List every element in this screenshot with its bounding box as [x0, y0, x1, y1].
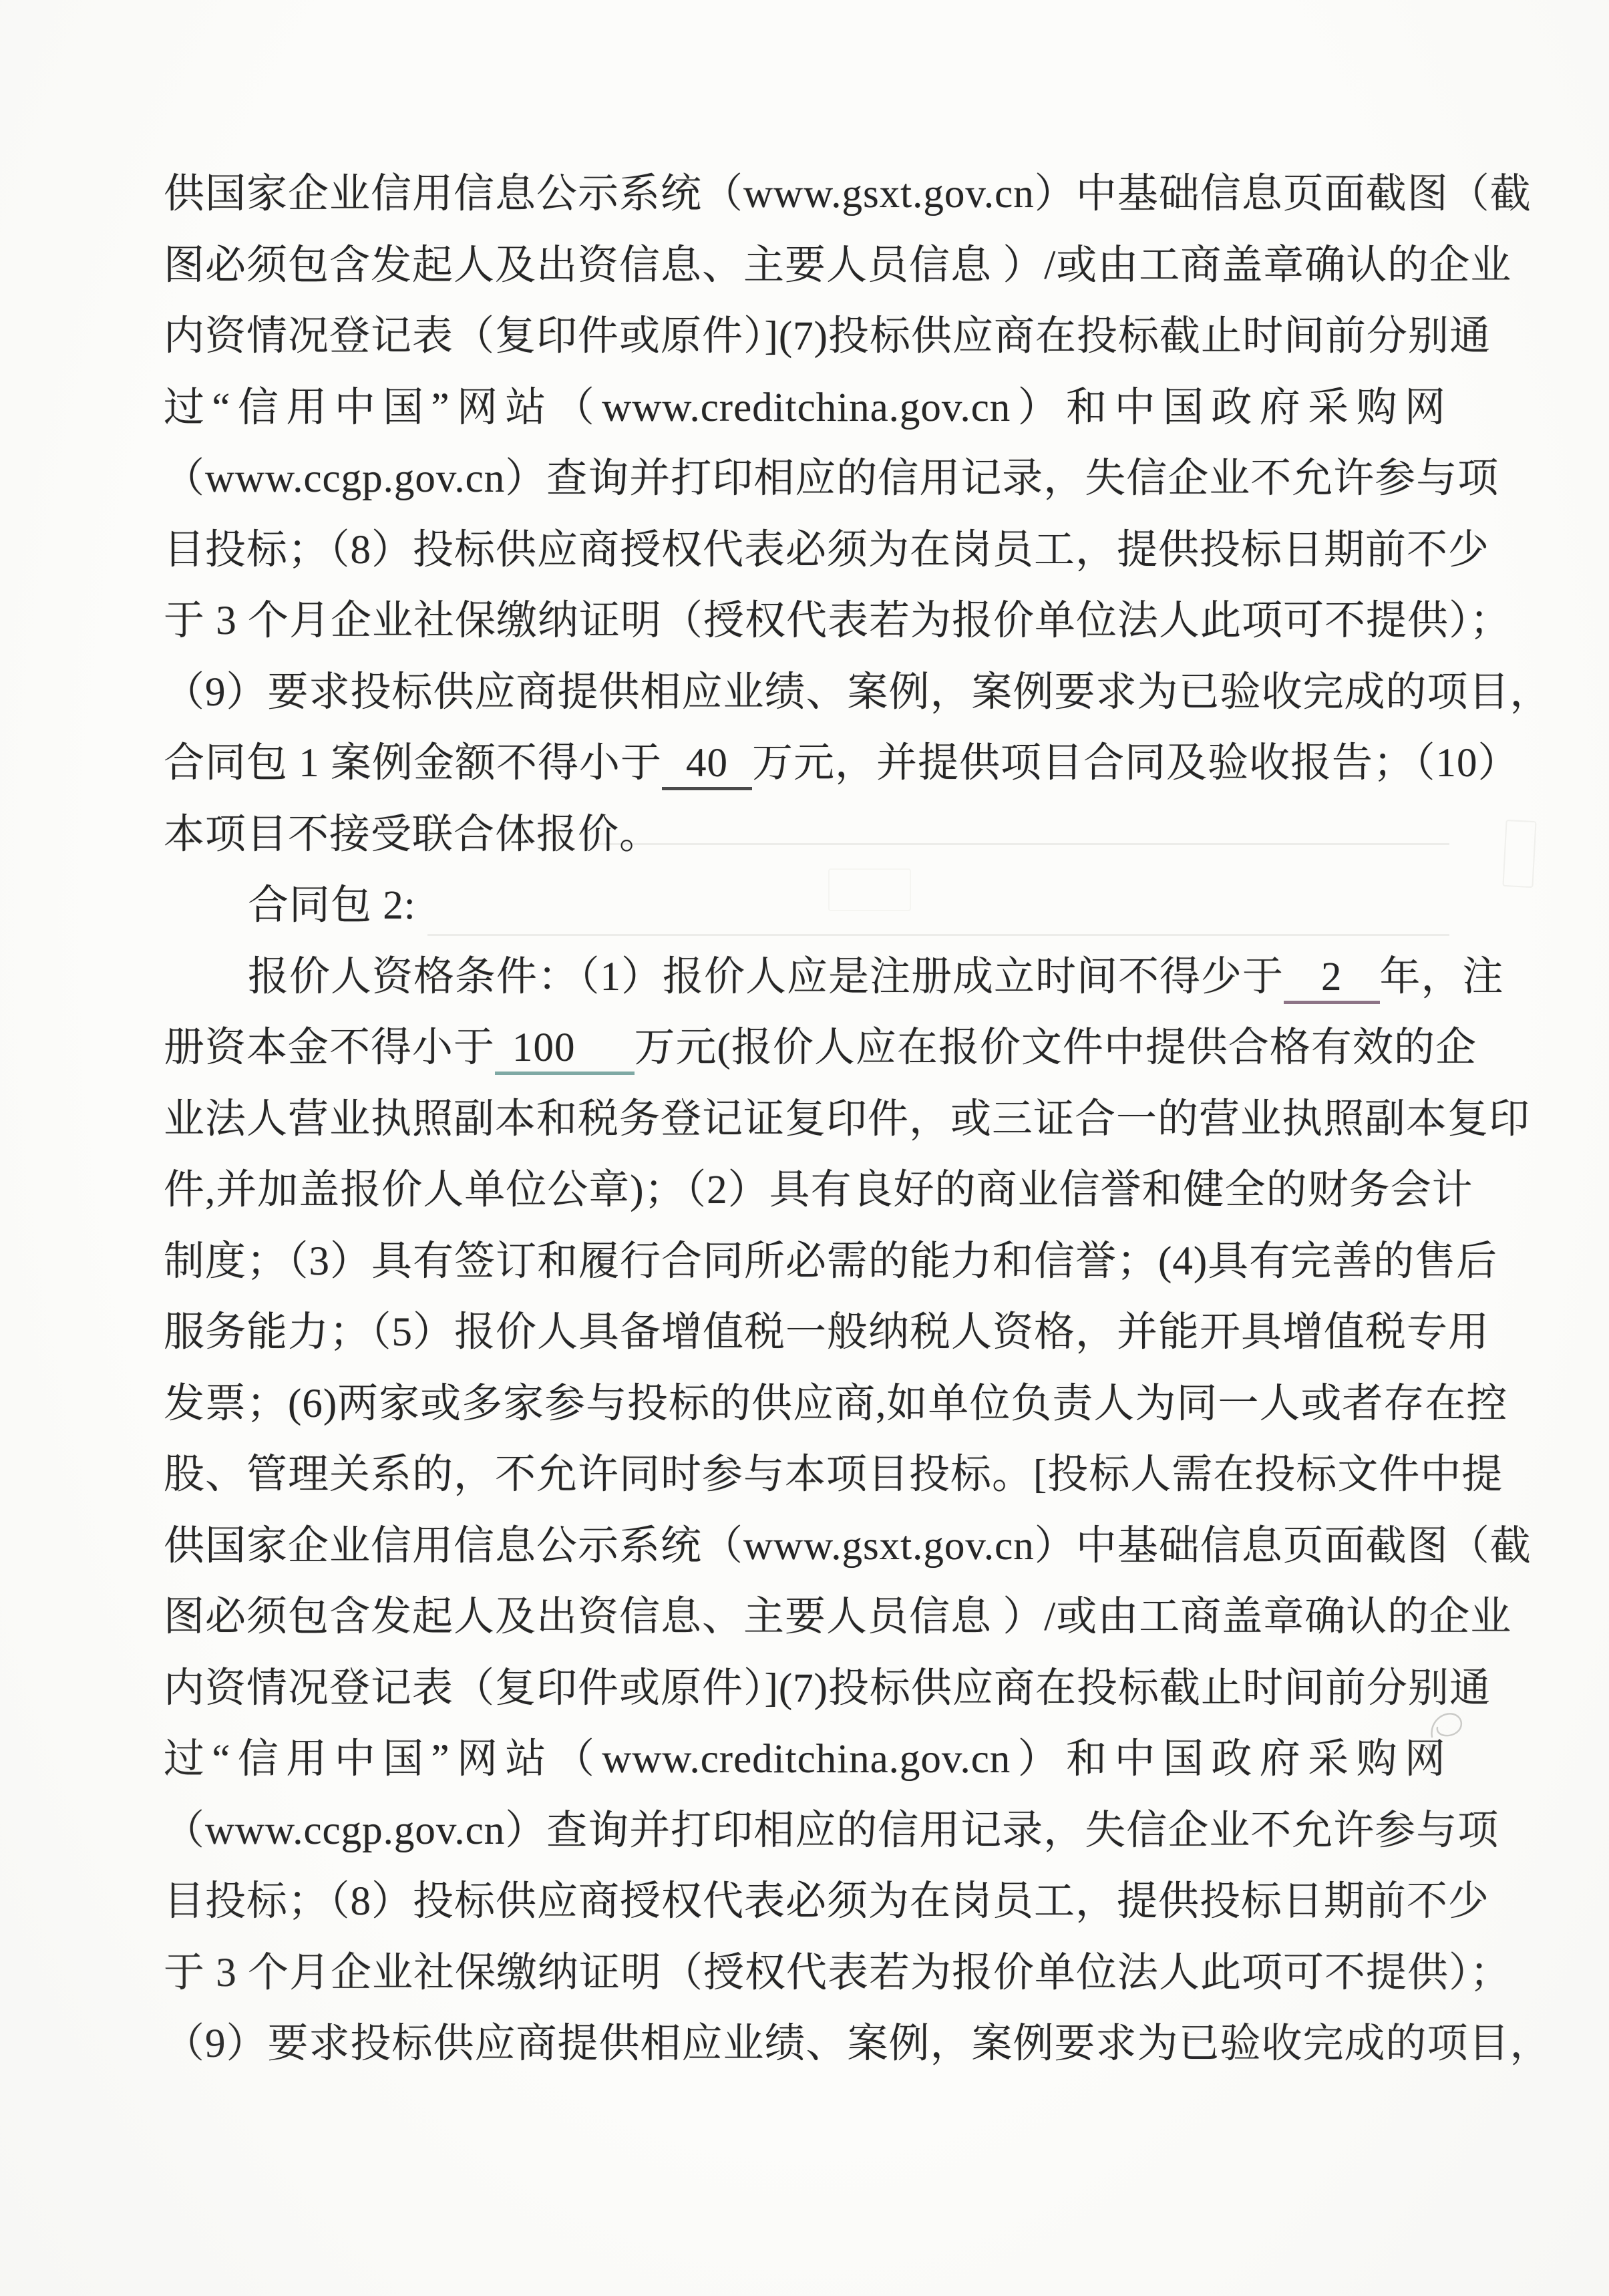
- text-segment: 于 3 个月企业社保缴纳证明（授权代表若为报价单位法人此项可不提供）；: [164, 599, 1511, 643]
- text-line: 目投标；（8）投标供应商授权代表必须为在岗员工，提供投标日期前不少: [164, 1866, 1446, 1938]
- text-segment: 万元(报价人应在报价文件中提供合格有效的企: [635, 1025, 1477, 1070]
- text-segment: 图必须包含发起人及出资信息、主要人员信息 ）/或由工商盖章确认的企业: [164, 1595, 1511, 1639]
- text-line: 内资情况登记表（复印件或原件）](7)投标供应商在投标截止时间前分别通: [164, 301, 1446, 373]
- text-segment: 年，注: [1380, 955, 1504, 999]
- text-segment: （9）要求投标供应商提供相应业绩、案例，案例要求为已验收完成的项目，: [164, 670, 1552, 715]
- text-line: 业法人营业执照副本和税务登记证复印件，或三证合一的营业执照副本复印: [164, 1084, 1446, 1156]
- text-line: 供国家企业信用信息公示系统（www.gsxt.gov.cn）中基础信息页面截图（…: [164, 1511, 1446, 1583]
- text-line: 内资情况登记表（复印件或原件）](7)投标供应商在投标截止时间前分别通: [164, 1653, 1446, 1725]
- text-line: （www.ccgp.gov.cn）查询并打印相应的信用记录，失信企业不允许参与项: [164, 444, 1446, 515]
- text-segment: （9）要求投标供应商提供相应业绩、案例，案例要求为已验收完成的项目，: [164, 2021, 1552, 2066]
- text-line: 件,并加盖报价人单位公章)；（2）具有良好的商业信誉和健全的财务会计: [164, 1155, 1446, 1226]
- text-line: （9）要求投标供应商提供相应业绩、案例，案例要求为已验收完成的项目，: [164, 657, 1446, 729]
- text-line: 股、管理关系的，不允许同时参与本项目投标。[投标人需在投标文件中提: [164, 1440, 1446, 1511]
- text-segment: （www.ccgp.gov.cn）查询并打印相应的信用记录，失信企业不允许参与项: [164, 456, 1499, 501]
- text-segment: 合同包 1 案例金额不得小于: [164, 741, 662, 786]
- text-line: 合同包 1 案例金额不得小于40万元，并提供项目合同及验收报告；（10）: [164, 728, 1446, 800]
- underlined-value: 100: [495, 1025, 635, 1075]
- text-line: 合同包 2:: [164, 870, 1446, 942]
- text-segment: 册资本金不得小于: [164, 1025, 495, 1070]
- text-line: （www.ccgp.gov.cn）查询并打印相应的信用记录，失信企业不允许参与项: [164, 1796, 1446, 1867]
- text-line: 于 3 个月企业社保缴纳证明（授权代表若为报价单位法人此项可不提供）；: [164, 586, 1446, 657]
- text-line: 发票；(6)两家或多家参与投标的供应商,如单位负责人为同一人或者存在控: [164, 1369, 1446, 1440]
- text-line: 服务能力；（5）报价人具备增值税一般纳税人资格，并能开具增值税专用: [164, 1297, 1446, 1369]
- text-segment: 内资情况登记表（复印件或原件）](7)投标供应商在投标截止时间前分别通: [164, 1666, 1491, 1711]
- text-segment: 万元，并提供项目合同及验收报告；（10）: [752, 741, 1519, 786]
- scanned-document-page: 供国家企业信用信息公示系统（www.gsxt.gov.cn）中基础信息页面截图（…: [0, 0, 1609, 2296]
- text-line: （9）要求投标供应商提供相应业绩、案例，案例要求为已验收完成的项目，: [164, 2009, 1446, 2080]
- text-segment: 报价人资格条件：（1）报价人应是注册成立时间不得少于: [248, 955, 1284, 999]
- text-line: 供国家企业信用信息公示系统（www.gsxt.gov.cn）中基础信息页面截图（…: [164, 159, 1446, 230]
- text-segment: 发票；(6)两家或多家参与投标的供应商,如单位负责人为同一人或者存在控: [164, 1381, 1507, 1426]
- text-segment: 供国家企业信用信息公示系统（www.gsxt.gov.cn）中基础信息页面截图（…: [164, 1524, 1532, 1569]
- text-segment: 本项目不接受联合体报价。: [164, 812, 661, 857]
- text-segment: 制度；（3）具有签订和履行合同所必需的能力和信誉；(4)具有完善的售后: [164, 1239, 1497, 1284]
- text-segment: 件,并加盖报价人单位公章)；（2）具有良好的商业信誉和健全的财务会计: [164, 1168, 1473, 1212]
- text-segment: 过“信用中国”网站（www.creditchina.gov.cn）和中国政府采购…: [164, 385, 1446, 430]
- text-line: 于 3 个月企业社保缴纳证明（授权代表若为报价单位法人此项可不提供）；: [164, 1938, 1446, 2009]
- text-line: 制度；（3）具有签订和履行合同所必需的能力和信誉；(4)具有完善的售后: [164, 1226, 1446, 1298]
- text-segment: 目投标；（8）投标供应商授权代表必须为在岗员工，提供投标日期前不少: [164, 528, 1489, 572]
- bleedthrough-mark: [1502, 820, 1536, 888]
- text-segment: 目投标；（8）投标供应商授权代表必须为在岗员工，提供投标日期前不少: [164, 1879, 1489, 1924]
- text-segment: 供国家企业信用信息公示系统（www.gsxt.gov.cn）中基础信息页面截图（…: [164, 172, 1532, 216]
- text-segment: 服务能力；（5）报价人具备增值税一般纳税人资格，并能开具增值税专用: [164, 1310, 1489, 1355]
- text-line: 本项目不接受联合体报价。: [164, 800, 1446, 871]
- underlined-value: 40: [662, 740, 752, 790]
- text-segment: （www.ccgp.gov.cn）查询并打印相应的信用记录，失信企业不允许参与项: [164, 1808, 1499, 1853]
- text-line: 过“信用中国”网站（www.creditchina.gov.cn）和中国政府采购…: [164, 1724, 1446, 1796]
- text-line: 报价人资格条件：（1）报价人应是注册成立时间不得少于2年，注: [164, 942, 1446, 1013]
- underlined-value: 2: [1284, 954, 1380, 1004]
- text-line: 图必须包含发起人及出资信息、主要人员信息 ）/或由工商盖章确认的企业: [164, 1582, 1446, 1653]
- text-segment: 图必须包含发起人及出资信息、主要人员信息 ）/或由工商盖章确认的企业: [164, 243, 1511, 288]
- text-line: 册资本金不得小于100万元(报价人应在报价文件中提供合格有效的企: [164, 1013, 1446, 1084]
- text-segment: 合同包 2:: [248, 883, 416, 928]
- text-segment: 于 3 个月企业社保缴纳证明（授权代表若为报价单位法人此项可不提供）；: [164, 1951, 1511, 1995]
- text-segment: 内资情况登记表（复印件或原件）](7)投标供应商在投标截止时间前分别通: [164, 314, 1491, 359]
- text-segment: 业法人营业执照副本和税务登记证复印件，或三证合一的营业执照副本复印: [164, 1097, 1530, 1142]
- text-segment: 过“信用中国”网站（www.creditchina.gov.cn）和中国政府采购…: [164, 1737, 1446, 1782]
- document-body: 供国家企业信用信息公示系统（www.gsxt.gov.cn）中基础信息页面截图（…: [164, 159, 1446, 2080]
- text-line: 图必须包含发起人及出资信息、主要人员信息 ）/或由工商盖章确认的企业: [164, 230, 1446, 302]
- text-line: 过“信用中国”网站（www.creditchina.gov.cn）和中国政府采购…: [164, 373, 1446, 444]
- text-segment: 股、管理关系的，不允许同时参与本项目投标。[投标人需在投标文件中提: [164, 1452, 1503, 1497]
- text-line: 目投标；（8）投标供应商授权代表必须为在岗员工，提供投标日期前不少: [164, 515, 1446, 587]
